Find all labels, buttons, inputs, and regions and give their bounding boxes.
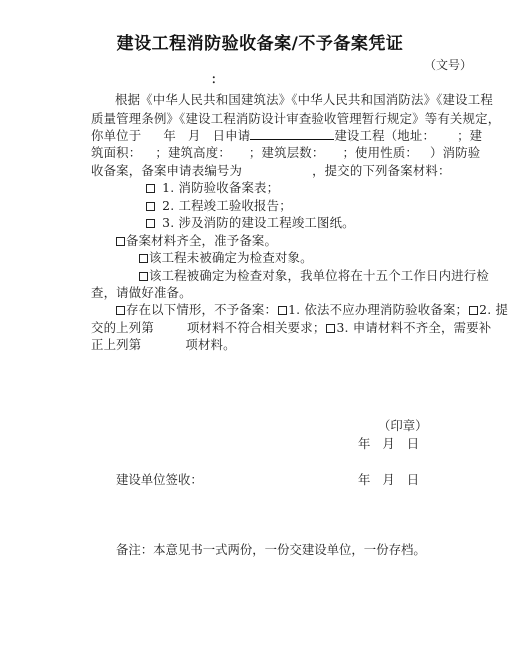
inspection-option-cont: 查，请做好准备。 [91, 283, 476, 301]
para1-line5: 收备案，备案申请表编号为，提交的下列备案材料： [91, 161, 476, 179]
reject-reason-3-prefix: 正上列第 [91, 337, 141, 352]
unit-label: 你单位于 [91, 128, 141, 143]
checkbox-icon[interactable] [139, 272, 148, 281]
reject-reason-2-prefix: 交的上列第 [91, 320, 154, 335]
signature-day: 日 [407, 472, 419, 487]
material-label: 3. 涉及消防的建设工程竣工图纸。 [162, 215, 355, 230]
reject-option: 存在以下情形，不予备案：1. 依法不应办理消防验收备案；2. 提 [115, 300, 500, 318]
application-number-label: 收备案，备案申请表编号为 [91, 163, 242, 178]
checkbox-icon[interactable] [146, 184, 155, 193]
para1-line4: 筑面积：；建筑高度：；建筑层数：；使用性质：）消防验 [91, 143, 476, 161]
checkbox-icon[interactable] [116, 237, 125, 246]
construction-sep: ；建 [457, 128, 482, 143]
project-address-label: 建设工程（地址： [334, 128, 435, 143]
submitted-materials-label: ，提交的下列备案材料： [312, 163, 451, 178]
year-label: 年 [163, 128, 176, 143]
checkbox-icon[interactable] [146, 202, 155, 211]
checkbox-icon[interactable] [469, 306, 478, 315]
checkbox-icon[interactable] [326, 324, 335, 333]
remark: 备注：本意见书一式两份，一份交建设单位，一份存档。 [116, 540, 426, 559]
inspection-option: 该工程被确定为检查对象，我单位将在十五个工作日内进行检 [138, 266, 476, 284]
seal-year: 年 [358, 436, 370, 451]
addressee-colon: ： [211, 70, 223, 87]
floors-label: ；建筑层数： [249, 145, 325, 160]
reject-line3: 正上列第项材料。 [91, 335, 476, 353]
para1-line1-text: 根据《中华人民共和国建筑法》《中华人民共和国消防法》《建设工程 [115, 92, 493, 107]
reject-label: 存在以下情形，不予备案： [126, 302, 277, 317]
document-title: 建设工程消防验收备案/不予备案凭证 [0, 29, 520, 54]
not-inspection-label: 该工程未被确定为检查对象。 [149, 250, 313, 265]
approve-option-label: 备案材料齐全，准予备案。 [126, 233, 277, 248]
material-item-1: 1. 消防验收备案表； [146, 178, 520, 196]
reject-reason-1: 1. 依法不应办理消防验收备案； [288, 302, 468, 317]
material-label: 2. 工程竣工验收报告； [162, 198, 292, 213]
signature-year: 年 [358, 472, 370, 487]
signature-label: 建设单位签收： [116, 470, 203, 489]
project-name-blank[interactable] [250, 127, 334, 140]
reject-line2: 交的上列第项材料不符合相关要求；3. 申请材料不齐全，需要补 [91, 318, 476, 336]
fire-acceptance-label: ）消防验 [430, 145, 480, 160]
reject-reason-3-text: 项材料。 [185, 337, 235, 352]
material-item-3: 3. 涉及消防的建设工程竣工图纸。 [146, 213, 520, 231]
inspection-label-line1: 该工程被确定为检查对象，我单位将在十五个工作日内进行检 [149, 268, 489, 283]
material-item-2: 2. 工程竣工验收报告； [146, 196, 520, 214]
para1-line1: 根据《中华人民共和国建筑法》《中华人民共和国消防法》《建设工程 [115, 90, 476, 108]
checkbox-icon[interactable] [116, 306, 125, 315]
month-label: 月 [188, 128, 201, 143]
seal-date: 年月日 [358, 434, 419, 453]
seal-label: （印章） [378, 416, 428, 435]
para1-line2: 质量管理条例》《建设工程消防设计审查验收管理暂行规定》等有关规定， [91, 109, 476, 127]
seal-month: 月 [382, 436, 394, 451]
para1-line2-text: 质量管理条例》《建设工程消防设计审查验收管理暂行规定》等有关规定， [91, 111, 500, 126]
inspection-label-line2: 查，请做好准备。 [91, 285, 192, 300]
height-label: ；建筑高度： [155, 145, 231, 160]
seal-day: 日 [407, 436, 419, 451]
checkbox-icon[interactable] [139, 254, 148, 263]
para1-line3: 你单位于年月日申请建设工程（地址：；建 [91, 126, 476, 144]
usage-label: ；使用性质： [342, 145, 418, 160]
reject-reason-2-start: 2. 提 [479, 302, 508, 317]
checkbox-icon[interactable] [146, 219, 155, 228]
reject-reason-2-text: 项材料不符合相关要求； [187, 320, 326, 335]
apply-label: 日申请 [213, 128, 251, 143]
approve-option: 备案材料齐全，准予备案。 [115, 231, 500, 249]
signature-date: 年月日 [358, 470, 419, 489]
signature-month: 月 [382, 472, 394, 487]
reject-reason-3-start: 3. 申请材料不齐全，需要补 [336, 320, 491, 335]
checkbox-icon[interactable] [278, 306, 287, 315]
area-label: 筑面积： [91, 145, 141, 160]
material-label: 1. 消防验收备案表； [162, 180, 279, 195]
not-inspection-option: 该工程未被确定为检查对象。 [138, 248, 520, 266]
document-page: 建设工程消防验收备案/不予备案凭证 （文号） ： 根据《中华人民共和国建筑法》《… [0, 0, 520, 658]
document-number-label: （文号） [424, 56, 472, 73]
